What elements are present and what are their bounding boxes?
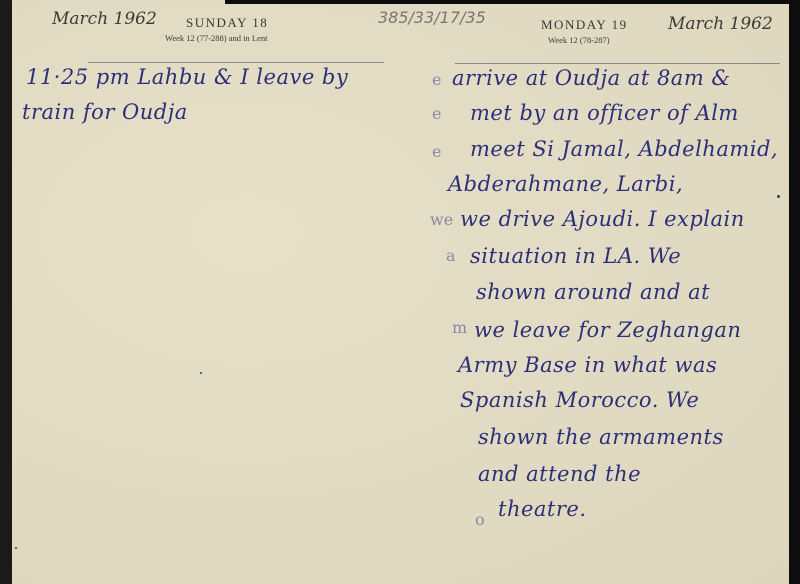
right-entry-line: meet Si Jamal, Abdelhamid, — [470, 137, 778, 161]
gutter-bleed: e — [432, 142, 441, 161]
left-header-rule — [88, 62, 384, 63]
ink-speck — [15, 547, 17, 549]
right-entry-line: shown the armaments — [478, 425, 724, 449]
right-header-rule — [455, 63, 780, 64]
right-entry-line: we drive Ajoudi. I explain — [460, 207, 745, 231]
gutter-bleed: e — [432, 70, 441, 89]
ink-speck — [200, 372, 202, 374]
right-entry-line: met by an officer of Alm — [470, 101, 739, 125]
left-week-info: Week 12 (77-288) and in Lent — [165, 33, 267, 43]
scan-top-edge — [225, 0, 800, 4]
gutter-bleed: we — [430, 210, 453, 229]
scan-left-edge — [0, 0, 12, 584]
ink-speck — [777, 195, 780, 198]
left-month-year: March 1962 — [52, 9, 157, 29]
right-entry-line: Army Base in what was — [458, 353, 717, 377]
right-entry-line: theatre. — [498, 497, 587, 521]
right-entry-line: and attend the — [478, 462, 641, 486]
scan-right-edge — [789, 0, 800, 584]
right-entry-line: arrive at Oudja at 8am & — [452, 66, 731, 90]
gutter-bleed: e — [432, 104, 441, 123]
right-entry-line: we leave for Zeghangan — [474, 318, 741, 342]
right-entry-line: Spanish Morocco. We — [460, 388, 699, 412]
left-entry-line: 11·25 pm Lahbu & I leave by — [26, 65, 348, 89]
right-entry-line: Abderahmane, Larbi, — [448, 172, 683, 196]
right-entry-line: shown around and at — [476, 280, 710, 304]
right-day-heading: MONDAY 19 — [541, 17, 628, 33]
right-entry-line: situation in LA. We — [470, 244, 681, 268]
left-entry-line: train for Oudja — [22, 100, 188, 124]
right-month-year: March 1962 — [668, 14, 773, 34]
gutter-bleed: m — [452, 318, 467, 337]
left-day-heading: SUNDAY 18 — [186, 15, 268, 31]
gutter-bleed: o — [475, 510, 485, 529]
gutter-bleed: a — [446, 246, 456, 265]
right-week-info: Week 12 (78-287) — [548, 35, 610, 45]
archive-reference: 385/33/17/35 — [378, 8, 486, 27]
